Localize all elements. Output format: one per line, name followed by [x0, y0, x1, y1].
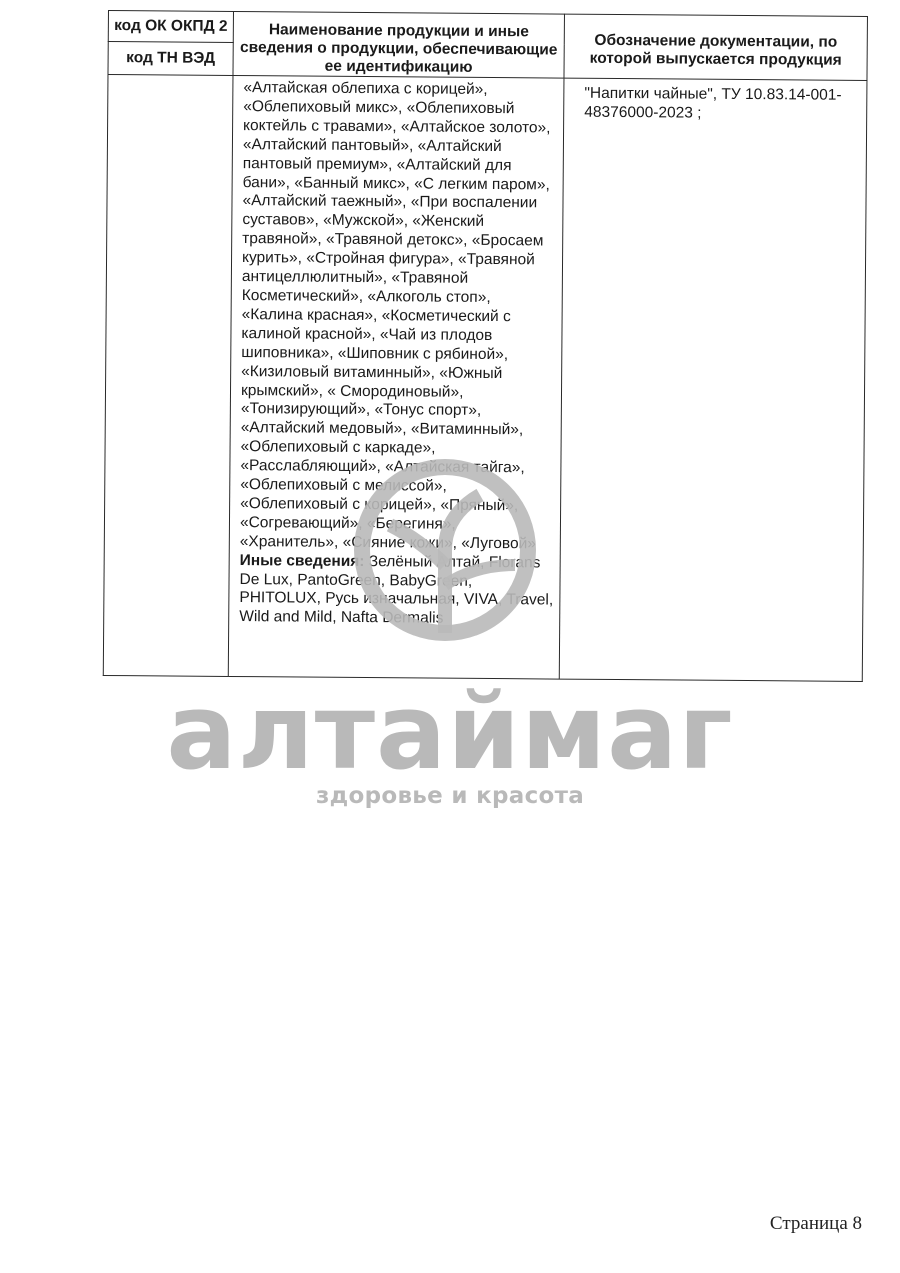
- header-okpd-code: код ОК ОКПД 2: [108, 11, 233, 43]
- other-info-label: Иные сведения:: [240, 552, 365, 570]
- page-number: Страница 8: [770, 1213, 862, 1235]
- header-tnved-code: код ТН ВЭД: [108, 41, 233, 75]
- certificate-product-table: код ОК ОКПД 2 Наименование продукции и и…: [103, 10, 868, 682]
- cell-code: [103, 75, 233, 677]
- cell-products: «Алтайская облепиха с корицей», «Облепих…: [228, 75, 564, 679]
- cell-documentation: "Напитки чайные", ТУ 10.83.14-001-483760…: [559, 78, 867, 681]
- header-product-name: Наименование продукции и иные сведения о…: [233, 11, 565, 78]
- product-list-text: «Алтайская облепиха с корицей», «Облепих…: [240, 79, 551, 552]
- document-page: код ОК ОКПД 2 Наименование продукции и и…: [0, 0, 900, 1273]
- table-row: «Алтайская облепиха с корицей», «Облепих…: [103, 75, 867, 682]
- watermark-brand: алтаймаг: [0, 672, 900, 792]
- header-documentation: Обозначение документации, по которой вып…: [564, 14, 867, 80]
